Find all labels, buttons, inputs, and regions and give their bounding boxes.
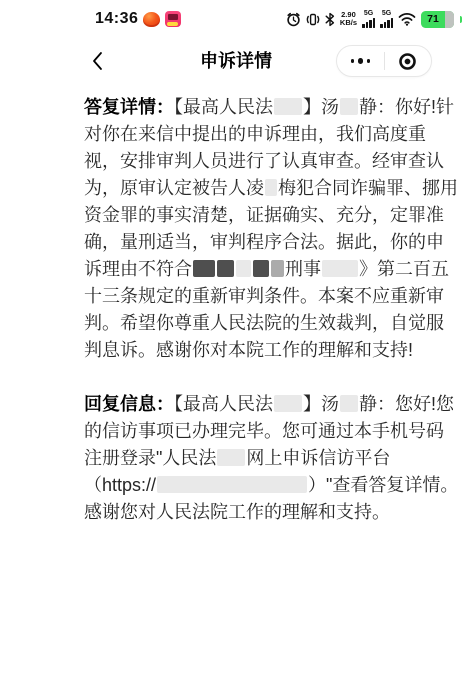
status-bar: 14:36 2.90 KB/s 5G 5G xyxy=(0,6,472,32)
app-notification-icon-2 xyxy=(165,11,181,27)
paragraph-text: 【最高人民法 xyxy=(174,394,273,414)
redaction-box xyxy=(340,395,358,412)
miniprogram-capsule xyxy=(336,45,432,77)
appeal-detail-content: 答复详情：【最高人民法】汤静：你好!针对你在来信中提出的申诉理由，我们高度重视，… xyxy=(84,94,460,526)
redaction-box xyxy=(274,395,302,412)
more-dots-icon xyxy=(351,58,371,64)
battery-empty-segment xyxy=(445,11,454,28)
paragraph-text: 刑事 xyxy=(285,259,321,279)
redaction-box xyxy=(340,98,358,115)
redaction-box xyxy=(265,179,277,196)
paragraph-label: 回复信息： xyxy=(84,394,174,414)
redaction-box xyxy=(193,260,215,277)
paragraph-label: 答复详情： xyxy=(84,97,174,117)
signal-bars-icon: 5G xyxy=(362,11,375,28)
app-notification-icon-1 xyxy=(143,12,160,27)
redaction-box xyxy=(157,476,307,493)
redaction-box xyxy=(253,260,269,277)
network-speed: 2.90 KB/s xyxy=(340,11,357,27)
battery-icon: 71 xyxy=(421,11,454,28)
redaction-box xyxy=(274,98,302,115)
reply-detail-paragraph: 答复详情：【最高人民法】汤静：你好!针对你在来信中提出的申诉理由，我们高度重视，… xyxy=(84,94,460,364)
network-type-label: 5G xyxy=(382,11,391,17)
network-speed-unit: KB/s xyxy=(340,19,357,27)
vibrate-icon xyxy=(306,12,320,27)
capsule-close-button[interactable] xyxy=(385,46,432,76)
battery-nub xyxy=(460,16,462,23)
paragraph-text: 】汤 xyxy=(303,97,339,117)
redaction-box xyxy=(271,260,284,277)
status-bar-left: 14:36 xyxy=(95,6,181,32)
redaction-box xyxy=(217,260,234,277)
network-type-label: 5G xyxy=(364,11,373,17)
wifi-icon xyxy=(398,12,416,26)
redaction-box xyxy=(322,260,358,277)
clock-time: 14:36 xyxy=(95,10,138,28)
status-bar-right: 2.90 KB/s 5G 5G 71 xyxy=(286,6,462,32)
target-circle-icon xyxy=(398,52,417,71)
redaction-box xyxy=(217,449,245,466)
battery-percent: 71 xyxy=(421,13,445,25)
nav-bar: 申诉详情 xyxy=(0,44,472,78)
app-screen: 14:36 2.90 KB/s 5G 5G xyxy=(0,0,472,684)
capsule-more-button[interactable] xyxy=(337,46,384,76)
alarm-icon xyxy=(286,12,301,27)
redaction-box xyxy=(236,260,251,277)
signal-bars xyxy=(380,18,393,28)
paragraph-text: 】汤 xyxy=(303,394,339,414)
reply-message-paragraph: 回复信息：【最高人民法】汤静：您好!您的信访事项已办理完毕。您可通过本手机号码注… xyxy=(84,391,460,526)
signal-bars xyxy=(362,18,375,28)
signal-bars-icon: 5G xyxy=(380,11,393,28)
paragraph-text: 【最高人民法 xyxy=(174,97,273,117)
bluetooth-icon xyxy=(325,12,335,27)
